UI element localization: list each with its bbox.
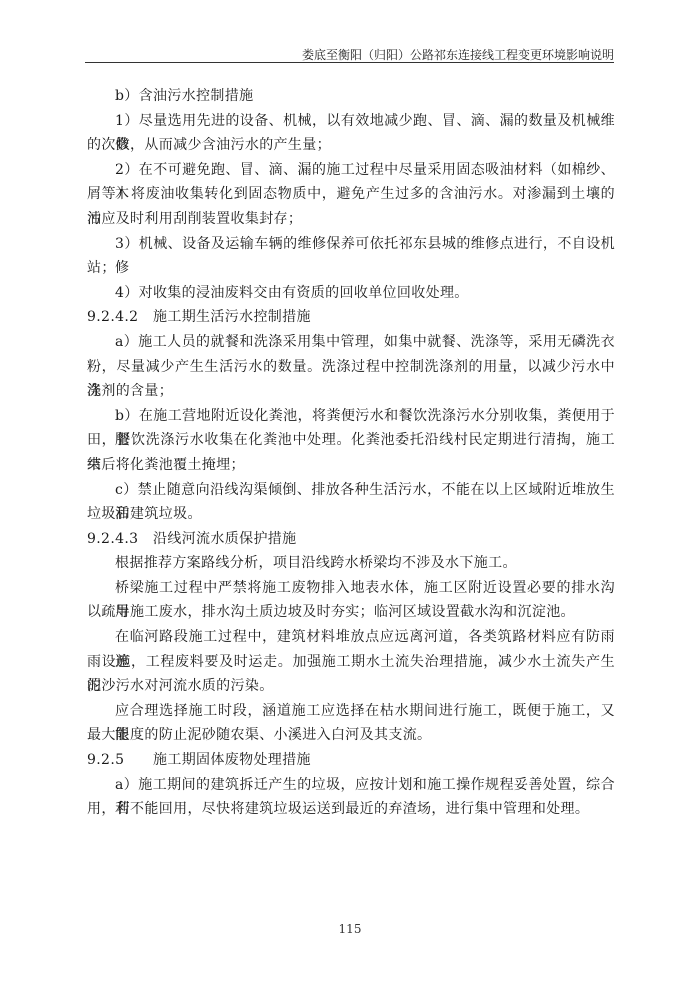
- section-heading: 9.2.5施工期固体废物处理措施: [87, 748, 615, 773]
- text-line: c）禁止随意向沿线沟渠倾倒、排放各种生活污水，不能在以上区域附近堆放生活: [87, 478, 615, 503]
- paragraph: 根据推荐方案路线分析，项目沿线跨水桥梁均不涉及水下施工。: [87, 551, 615, 576]
- text-line: 垃圾和建筑垃圾。: [87, 502, 615, 527]
- text-line: 用，若不能回用，尽快将建筑垃圾运送到最近的弃渣场，进行集中管理和处理。: [87, 797, 615, 822]
- text-line: 在临河路段施工过程中，建筑材料堆放点应远离河道，各类筑路材料应有防雨遮: [87, 625, 615, 650]
- text-line: 的次数，从而减少含油污水的产生量；: [87, 133, 615, 158]
- running-header: 娄底至衡阳（归阳）公路祁东连接线工程变更环境影响说明: [85, 44, 614, 63]
- text-line: 泥沙污水对河流水质的污染。: [87, 674, 615, 699]
- text-line: a）施工期间的建筑拆迁产生的垃圾，应按计划和施工操作规程妥善处置，综合利: [87, 773, 615, 798]
- paragraph: 1）尽量选用先进的设备、机械，以有效地减少跑、冒、滴、漏的数量及机械维修 的次数…: [87, 109, 615, 158]
- text-line: 束后将化粪池覆土掩埋；: [87, 453, 615, 478]
- text-line: b）在施工营地附近设化粪池，将粪便污水和餐饮洗涤污水分别收集，粪便用于肥: [87, 404, 615, 429]
- text-line: 田，餐饮洗涤污水收集在化粪池中处理。化粪池委托沿线村民定期进行清掏，施工结: [87, 428, 615, 453]
- section-heading: 9.2.4.3沿线河流水质保护措施: [87, 527, 615, 552]
- section-number: 9.2.4.2: [87, 305, 153, 330]
- paragraph: a）施工期间的建筑拆迁产生的垃圾，应按计划和施工操作规程妥善处置，综合利 用，若…: [87, 773, 615, 822]
- paragraph: c）禁止随意向沿线沟渠倾倒、排放各种生活污水，不能在以上区域附近堆放生活 垃圾和…: [87, 478, 615, 527]
- paragraph: 在临河路段施工过程中，建筑材料堆放点应远离河道，各类筑路材料应有防雨遮 雨设施，…: [87, 625, 615, 699]
- text-line: 桥梁施工过程中严禁将施工废物排入地表水体，施工区附近设置必要的排水沟用: [87, 576, 615, 601]
- text-line: 2）在不可避免跑、冒、滴、漏的施工过程中尽量采用固态吸油材料（如棉纱、木: [87, 158, 615, 183]
- document-title: 娄底至衡阳（归阳）公路祁东连接线工程变更环境影响说明: [302, 48, 614, 62]
- text-line: 以疏导施工废水，排水沟土质边坡及时夯实；临河区域设置截水沟和沉淀池。: [87, 600, 615, 625]
- paragraph: b）在施工营地附近设化粪池，将粪便污水和餐饮洗涤污水分别收集，粪便用于肥 田，餐…: [87, 404, 615, 478]
- text-line: 雨设施，工程废料要及时运走。加强施工期水土流失治理措施，减少水土流失产生的: [87, 650, 615, 675]
- section-number: 9.2.4.3: [87, 527, 153, 552]
- text-line: 污应及时利用刮削装置收集封存；: [87, 207, 615, 232]
- text-line: 3）机械、设备及运输车辆的维修保养可依托祁东县城的维修点进行，不自设机修: [87, 232, 615, 257]
- paragraph: 2）在不可避免跑、冒、滴、漏的施工过程中尽量采用固态吸油材料（如棉纱、木 屑等）…: [87, 158, 615, 232]
- section-title: 沿线河流水质保护措施: [153, 531, 297, 547]
- page-body: b）含油污水控制措施 1）尽量选用先进的设备、机械，以有效地减少跑、冒、滴、漏的…: [87, 84, 615, 822]
- text-line: 最大限度的防止泥砂随农渠、小溪进入白河及其支流。: [87, 723, 615, 748]
- paragraph: 桥梁施工过程中严禁将施工废物排入地表水体，施工区附近设置必要的排水沟用 以疏导施…: [87, 576, 615, 625]
- text-line: 4）对收集的浸油废料交由有资质的回收单位回收处理。: [87, 281, 615, 306]
- subsection-title: b）含油污水控制措施: [87, 84, 615, 109]
- text-line: 粉，尽量减少产生生活污水的数量。洗涤过程中控制洗涤剂的用量，以减少污水中洗: [87, 355, 615, 380]
- page-number: 115: [0, 922, 700, 936]
- text-line: 站；: [87, 256, 615, 281]
- paragraph: 3）机械、设备及运输车辆的维修保养可依托祁东县城的维修点进行，不自设机修 站；: [87, 232, 615, 281]
- paragraph: 应合理选择施工时段，涵道施工应选择在枯水期间进行施工，既便于施工，又能 最大限度…: [87, 699, 615, 748]
- paragraph: a）施工人员的就餐和洗涤采用集中管理，如集中就餐、洗涤等，采用无磷洗衣 粉，尽量…: [87, 330, 615, 404]
- text-line: 1）尽量选用先进的设备、机械，以有效地减少跑、冒、滴、漏的数量及机械维修: [87, 109, 615, 134]
- section-heading: 9.2.4.2施工期生活污水控制措施: [87, 305, 615, 330]
- section-title: 施工期固体废物处理措施: [153, 752, 311, 768]
- section-number: 9.2.5: [87, 748, 153, 773]
- text-line: 应合理选择施工时段，涵道施工应选择在枯水期间进行施工，既便于施工，又能: [87, 699, 615, 724]
- paragraph: 4）对收集的浸油废料交由有资质的回收单位回收处理。: [87, 281, 615, 306]
- text-line: 涤剂的含量；: [87, 379, 615, 404]
- text-line: 屑等）将废油收集转化到固态物质中，避免产生过多的含油污水。对渗漏到土壤的油: [87, 182, 615, 207]
- text-line: a）施工人员的就餐和洗涤采用集中管理，如集中就餐、洗涤等，采用无磷洗衣: [87, 330, 615, 355]
- section-title: 施工期生活污水控制措施: [153, 309, 311, 325]
- text-line: 根据推荐方案路线分析，项目沿线跨水桥梁均不涉及水下施工。: [87, 551, 615, 576]
